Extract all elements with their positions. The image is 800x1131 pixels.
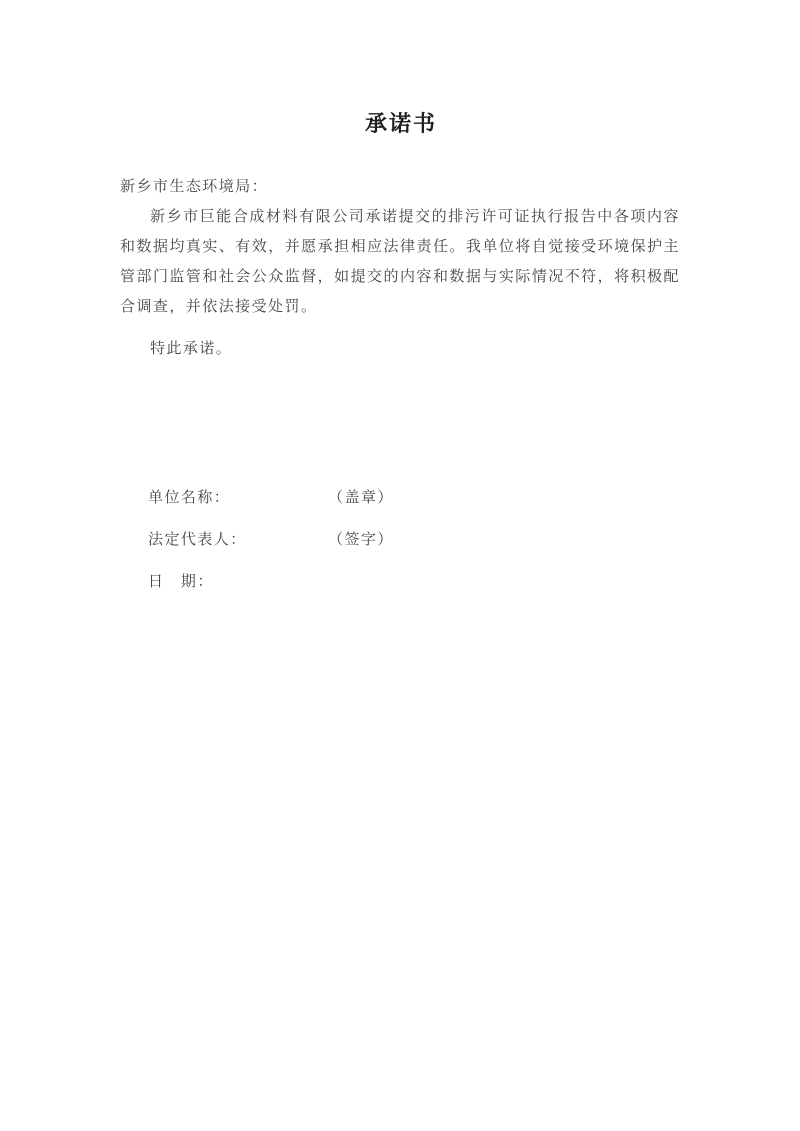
salutation: 新乡市生态环境局： — [120, 172, 680, 202]
legal-representative-label: 法定代表人： — [148, 525, 328, 555]
document-page: 承诺书 新乡市生态环境局： 新乡市巨能合成材料有限公司承诺提交的排污许可证执行报… — [0, 0, 800, 1131]
closing-statement: 特此承诺。 — [120, 334, 680, 364]
signature-row-legal-representative: 法定代表人：（签字） — [148, 525, 680, 555]
body-paragraph: 新乡市巨能合成材料有限公司承诺提交的排污许可证执行报告中各项内容和数据均真实、有… — [120, 202, 680, 322]
seal-note: （盖章） — [328, 490, 394, 506]
signature-row-date: 日 期： — [148, 567, 680, 597]
date-label: 日 期： — [148, 567, 328, 597]
signature-row-unit-name: 单位名称：（盖章） — [148, 483, 680, 513]
unit-name-label: 单位名称： — [148, 483, 328, 513]
signature-note: （签字） — [328, 532, 394, 548]
document-body: 新乡市生态环境局： 新乡市巨能合成材料有限公司承诺提交的排污许可证执行报告中各项… — [120, 172, 680, 597]
signature-block: 单位名称：（盖章） 法定代表人：（签字） 日 期： — [148, 483, 680, 597]
document-title: 承诺书 — [0, 0, 800, 137]
